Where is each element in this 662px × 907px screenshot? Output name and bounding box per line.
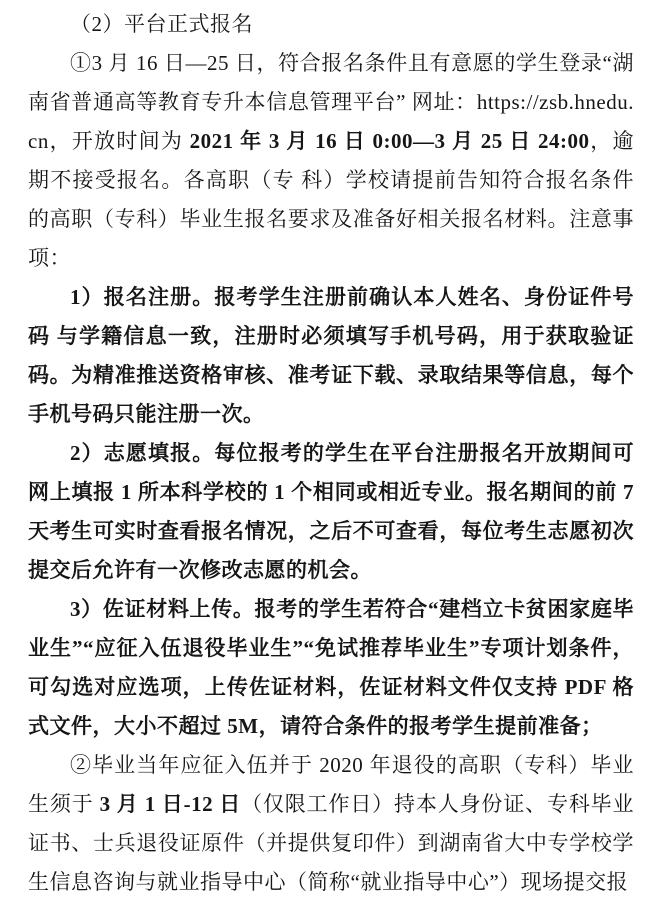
text-run-bold: 3）佐证材料上传。报考的学生若符合“建档立卡贫困家庭毕业生”“应征入伍退役毕业生…	[28, 597, 634, 738]
text-run-bold: 3 月 1 日-12 日	[100, 792, 241, 816]
note-2-preference-filling: 2）志愿填报。每位报考的学生在平台注册报名开放期间可网上填报 1 所本科学校的 …	[28, 434, 634, 590]
document-body: （2）平台正式报名①3 月 16 日—25 日，符合报名条件且有意愿的学生登录“…	[28, 5, 634, 902]
heading-platform-registration: （2）平台正式报名	[28, 5, 634, 44]
text-run-bold: 2）志愿填报。每位报考的学生在平台注册报名开放期间可网上填报 1 所本科学校的 …	[28, 441, 634, 582]
document-page: （2）平台正式报名①3 月 16 日—25 日，符合报名条件且有意愿的学生登录“…	[0, 0, 662, 907]
note-1-registration: 1）报名注册。报考学生注册前确认本人姓名、身份证件号码 与学籍信息一致，注册时必…	[28, 278, 634, 434]
text-run: （2）平台正式报名	[70, 12, 253, 36]
text-run-bold: 2021 年 3 月 16 日 0:00—3 月 25 日 24:00	[190, 129, 590, 153]
text-run-bold: 1）报名注册。报考学生注册前确认本人姓名、身份证件号码 与学籍信息一致，注册时必…	[28, 285, 634, 426]
para-veterans-onsite-submission: ②毕业当年应征入伍并于 2020 年退役的高职（专科）毕业生须于 3 月 1 日…	[28, 746, 634, 902]
note-3-supporting-materials: 3）佐证材料上传。报考的学生若符合“建档立卡贫困家庭毕业生”“应征入伍退役毕业生…	[28, 590, 634, 746]
para-registration-period: ①3 月 16 日—25 日，符合报名条件且有意愿的学生登录“湖南省普通高等教育…	[28, 44, 634, 278]
